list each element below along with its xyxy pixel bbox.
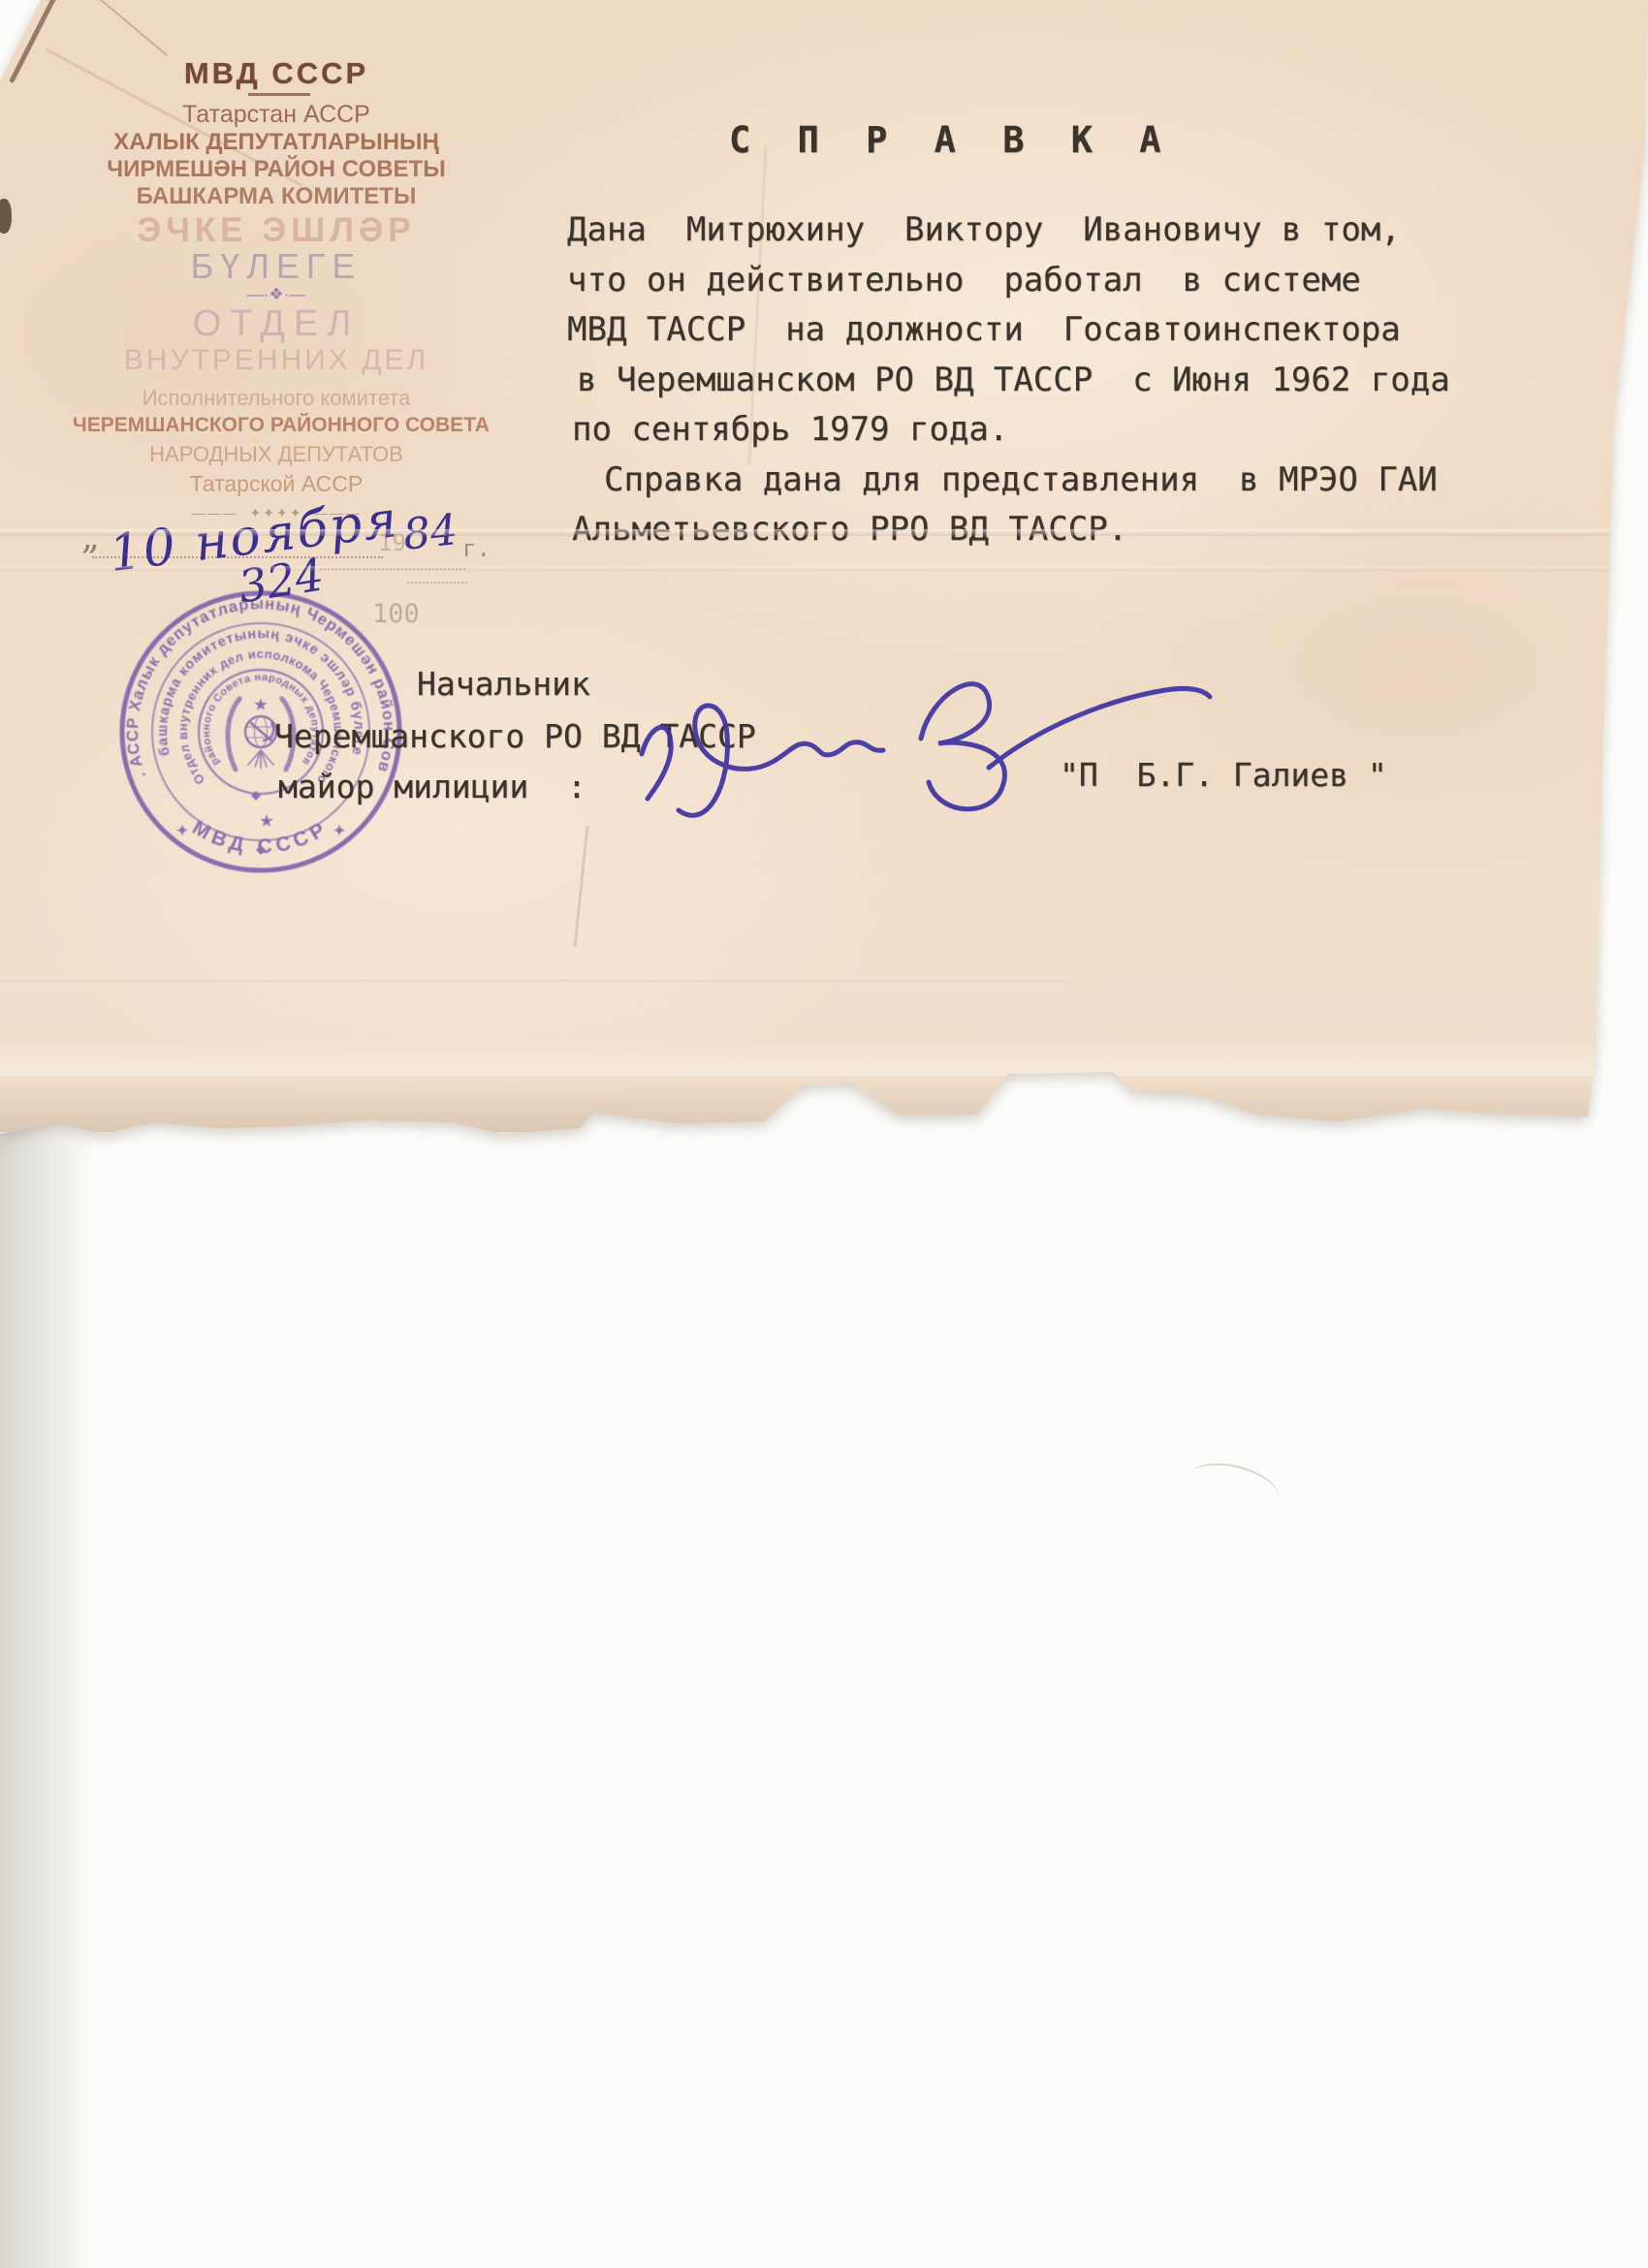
body-line: Дана Митрюхину Виктору Ивановичу в том,: [567, 205, 1450, 256]
paper-sheet-wrap: МВД СССР Татарстан АССР ХАЛЫК ДЕПУТАТЛАР…: [0, 0, 1648, 1163]
stamp-star-icon: ★: [260, 813, 273, 830]
dotted-rule-2: [320, 568, 465, 570]
edge-blemish: [0, 199, 12, 234]
letterhead-underline: [248, 93, 310, 96]
letterhead-tatar-line3: БАШКАРМА КОМИТЕТЫ: [73, 183, 480, 210]
letterhead-region: Татарстан АССР: [73, 101, 480, 129]
body-line: МВД ТАССР на должности Госавтоинспектора: [567, 305, 1450, 356]
letterhead-dept-tatar-line1: ЭЧКЕ ЭШЛӘР: [73, 211, 480, 250]
letterhead-org-mvd: МВД СССР: [73, 56, 480, 91]
emblem-star-icon: ★: [254, 697, 268, 713]
stamp-diamond-icon: ◆: [255, 842, 266, 856]
letterhead-ornament-divider: —·❖·—: [73, 285, 480, 304]
signer-position-line3: майор милиции :: [278, 768, 586, 805]
signature-ink: [582, 620, 1260, 843]
letterhead-deputies-line: НАРОДНЫХ ДЕПУТАТОВ: [73, 442, 480, 467]
body-text: Дана Митрюхину Виктору Ивановичу в том, …: [567, 205, 1450, 555]
letterhead-tatar-line1: ХАЛЫК ДЕПУТАТЛАРЫНЫҢ: [73, 129, 480, 156]
handwritten-year: 84: [400, 505, 460, 560]
corner-fold-seam: [9, 0, 57, 83]
torn-edge-highlight: [0, 1037, 1648, 1076]
signer-position-line1: Начальник: [417, 665, 590, 703]
stamp-right-star-icon: ✦: [333, 823, 346, 839]
letterhead-tassr-line: Татарской АССР: [73, 471, 480, 497]
scanner-hair-mark: [1184, 1455, 1284, 1521]
letterhead-tatar-line2: ЧИРМЕШӘН РАЙОН СОВЕТЫ: [73, 156, 480, 183]
scanner-shadow-strip: [0, 1115, 97, 2268]
dotted-rule-3: [407, 582, 467, 583]
body-line: Справка дана для представления в МРЭО ГА…: [604, 456, 1450, 506]
corner-fold-crease: [55, 0, 168, 56]
document-title: С П Р А В К А: [729, 119, 1174, 161]
date-open-quote: „: [81, 518, 100, 557]
stamp-left-star-icon: ✦: [176, 823, 189, 839]
letterhead-dept-tatar-line2: БҮЛЕГЕ: [73, 246, 480, 287]
letterhead-dept-rus-line2: ВНУТРЕННИХ ДЕЛ: [73, 344, 480, 377]
letterhead-dept-rus-line1: ОТДЕЛ: [73, 303, 480, 345]
letterhead-rayon-line: ЧЕРЕМШАНСКОГО РАЙОННОГО СОВЕТА: [73, 414, 480, 437]
stamp-diamond-icon: ◆: [250, 788, 261, 802]
paper-sheet: МВД СССР Татарстан АССР ХАЛЫК ДЕПУТАТЛАР…: [0, 0, 1648, 1153]
body-line: что он действительно работал в системе: [567, 256, 1450, 306]
printed-year-suffix: г.: [462, 535, 491, 562]
scanned-document-page: МВД СССР Татарстан АССР ХАЛЫК ДЕПУТАТЛАР…: [0, 0, 1648, 2268]
letterhead-ispolkom-line: Исполнительного комитета: [73, 386, 480, 411]
body-line: в Черемшанском РО ВД ТАССР с Июня 1962 г…: [577, 356, 1450, 406]
body-line: по сентябрь 1979 года.: [572, 405, 1450, 456]
body-line: Альметьевского РРО ВД ТАССР.: [572, 505, 1450, 555]
